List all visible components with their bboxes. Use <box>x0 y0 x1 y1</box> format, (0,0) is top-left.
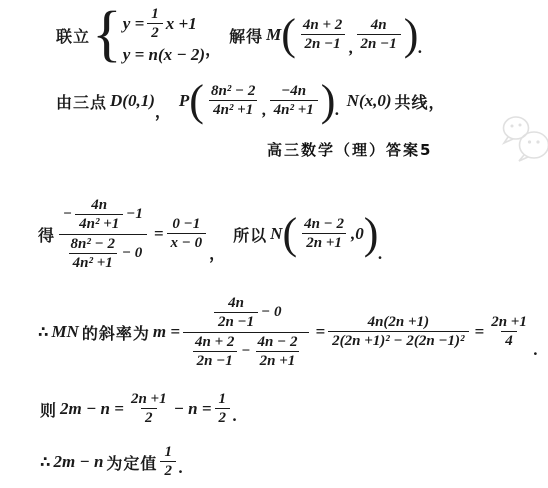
page-title: 高三数学（理）答案5 <box>267 139 432 160</box>
formula-line-4: ∴ MN 的斜率为 m = 4n 2n −1 − 0 4n + 2 2n −1 … <box>38 292 538 372</box>
fraction-denominator: 2n +1 <box>302 233 346 252</box>
big-paren-right: ) <box>321 84 336 118</box>
big-fraction: 4n 2n −1 − 0 4n + 2 2n −1 − 4n − 2 2n +1 <box>183 294 309 371</box>
fraction: 1 2 <box>160 444 176 480</box>
point-N-label: N <box>270 224 282 244</box>
fraction-numerator: 4n <box>87 197 111 214</box>
comma-token: ， <box>205 37 222 60</box>
fraction-denominator: 4n² +1 <box>270 100 318 119</box>
minus-token: − <box>241 343 250 360</box>
fraction-denominator: 2(2n +1)² − 2(2n −1)² <box>328 331 468 350</box>
fraction-numerator: 4n(2n +1) <box>364 314 433 331</box>
fraction-numerator: 4n − 2 <box>300 216 348 233</box>
bubble-eye <box>528 140 531 143</box>
big-fraction-numerator: − 4n 4n² +1 −1 <box>58 196 148 234</box>
fraction-denominator: 2 <box>160 461 176 480</box>
line5-intro-text: 则 <box>40 398 57 421</box>
fraction: 1 2 <box>147 6 163 42</box>
fraction: 4n − 2 2n +1 <box>300 216 348 252</box>
line2-intro-text: 由三点 <box>56 90 107 113</box>
line3-so-text: 所以 <box>233 223 267 246</box>
fraction-numerator: 1 <box>215 391 231 408</box>
fraction-numerator: 1 <box>147 6 163 23</box>
fraction: 4n + 2 2n −1 <box>191 334 238 370</box>
math-token: − <box>63 206 72 223</box>
fraction: 1 2 <box>215 391 231 427</box>
fraction-numerator: 2n +1 <box>487 314 531 331</box>
line1-intro-text: 联立 <box>56 24 90 47</box>
fraction-numerator: 4n <box>367 17 391 34</box>
point-N-label: N(x,0) <box>347 91 392 111</box>
math-token: x +1 <box>166 14 197 34</box>
fraction-numerator: −4n <box>277 83 310 100</box>
math-token: ,0 <box>351 224 364 244</box>
math-token: y = <box>123 14 144 34</box>
comma-token: ， <box>155 99 172 122</box>
formula-line-2: 由三点 D(0,1) ， P ( 8n² − 2 4n² +1 , −4n 4n… <box>56 74 446 128</box>
fraction-denominator: x − 0 <box>167 233 207 252</box>
formula-line-6: ∴ 2m − n 为定值 1 2 . <box>40 440 183 484</box>
line4-slope-text: 的斜率为 <box>82 321 150 344</box>
math-token: 2m − n = <box>60 399 124 419</box>
big-fraction-denominator: 4n + 2 2n −1 − 4n − 2 2n +1 <box>183 332 309 371</box>
big-fraction-numerator: 4n 2n −1 − 0 <box>206 294 287 332</box>
fraction: −4n 4n² +1 <box>270 83 318 119</box>
fraction-numerator: 4n + 2 <box>299 17 346 34</box>
fraction: 8n² − 2 4n² +1 <box>67 236 119 272</box>
fraction-denominator: 2 <box>147 23 163 42</box>
big-fraction-denominator: 8n² − 2 4n² +1 − 0 <box>59 234 148 273</box>
fraction: 4n 2n −1 <box>214 295 258 331</box>
therefore-symbol: ∴ <box>40 453 50 471</box>
fraction-numerator: 1 <box>160 444 176 461</box>
fraction: 4n(2n +1) 2(2n +1)² − 2(2n −1)² <box>328 314 468 350</box>
big-paren-left: ( <box>281 18 296 52</box>
period-token: . <box>233 406 237 426</box>
fraction-denominator: 4n² +1 <box>69 253 117 272</box>
fraction-denominator: 2n −1 <box>214 312 258 331</box>
system-brace: { <box>92 10 122 60</box>
fraction: 8n² − 2 4n² +1 <box>207 83 259 119</box>
big-paren-left: ( <box>282 217 297 251</box>
equals-token: = <box>475 322 485 342</box>
line1-solve-text: 解得 <box>229 24 263 47</box>
math-token: 2m − n <box>53 452 103 472</box>
fraction: 0 −1 x − 0 <box>167 216 207 252</box>
fraction-numerator: 4n − 2 <box>254 334 302 351</box>
fraction-denominator: 4n² +1 <box>75 214 123 233</box>
bubble-eye <box>536 140 539 143</box>
fraction-denominator: 4 <box>501 331 517 350</box>
equals-token: = <box>315 322 325 342</box>
therefore-symbol: ∴ <box>38 323 48 341</box>
fraction-numerator: 8n² − 2 <box>67 236 119 253</box>
point-P-label: P <box>179 91 189 111</box>
equals-token: = <box>154 224 164 244</box>
large-bubble-outline <box>520 132 548 158</box>
equation-1: y = 1 2 x +1 <box>123 6 197 42</box>
bubble-eye <box>519 124 522 127</box>
fraction-numerator: 4n <box>224 295 248 312</box>
math-token: − n = <box>174 399 212 419</box>
watermark-eyes <box>511 124 540 144</box>
fraction-denominator: 2n +1 <box>256 351 300 370</box>
fraction: 4n 2n −1 <box>357 17 401 53</box>
document-page: 联立 { y = 1 2 x +1 y = n(x − 2) ， 解得 M ( … <box>0 0 548 488</box>
wechat-watermark-icon <box>500 110 548 168</box>
period-token: . <box>179 458 183 478</box>
comma-token: ， <box>209 241 226 264</box>
fraction: 2n +1 2 <box>127 391 171 427</box>
period-token: . <box>335 100 339 120</box>
fraction-numerator: 0 −1 <box>168 216 204 233</box>
formula-line-1: 联立 { y = 1 2 x +1 y = n(x − 2) ， 解得 M ( … <box>56 4 423 66</box>
fraction: 4n + 2 2n −1 <box>299 17 346 53</box>
math-token: −1 <box>126 206 143 223</box>
comma-token: , <box>349 38 353 58</box>
point-D-label: D(0,1) <box>110 91 155 111</box>
fraction-numerator: 8n² − 2 <box>207 83 259 100</box>
fraction-denominator: 2 <box>215 408 231 427</box>
fraction-denominator: 2n −1 <box>357 34 401 53</box>
fraction-denominator: 4n² +1 <box>209 100 257 119</box>
math-token: − 0 <box>261 304 281 321</box>
math-token: − 0 <box>122 245 142 262</box>
fraction-denominator: 2n −1 <box>301 34 345 53</box>
big-paren-right: ) <box>364 217 379 251</box>
formula-line-3: 得 − 4n 4n² +1 −1 8n² − 2 4n² +1 − 0 = 0 … <box>38 192 383 276</box>
fraction-denominator: 2n −1 <box>193 351 237 370</box>
watermark-bubbles <box>504 117 548 161</box>
big-paren-left: ( <box>189 84 204 118</box>
big-paren-right: ) <box>404 18 419 52</box>
segment-MN-label: MN <box>51 322 78 342</box>
equation-system: y = 1 2 x +1 y = n(x − 2) <box>123 6 205 65</box>
period-token: . <box>534 340 538 360</box>
comma-token: , <box>262 100 266 120</box>
period-token: . <box>378 244 382 264</box>
fraction-numerator: 4n + 2 <box>191 334 238 351</box>
period-token: . <box>418 38 422 58</box>
bubble-eye <box>511 125 514 128</box>
point-M-label: M <box>266 25 281 45</box>
fraction: 4n 4n² +1 <box>75 197 123 233</box>
fraction-numerator: 2n +1 <box>127 391 171 408</box>
line2-tail-text: 共线， <box>395 90 446 113</box>
fraction-denominator: 2 <box>141 408 157 427</box>
equation-2: y = n(x − 2) <box>123 45 205 65</box>
big-fraction: − 4n 4n² +1 −1 8n² − 2 4n² +1 − 0 <box>58 196 148 273</box>
math-token: m = <box>153 322 180 342</box>
line6-constant-text: 为定值 <box>106 451 157 474</box>
line3-intro-text: 得 <box>38 223 55 246</box>
formula-line-5: 则 2m − n = 2n +1 2 − n = 1 2 . <box>40 386 237 432</box>
fraction: 4n − 2 2n +1 <box>254 334 302 370</box>
fraction: 2n +1 4 <box>487 314 531 350</box>
